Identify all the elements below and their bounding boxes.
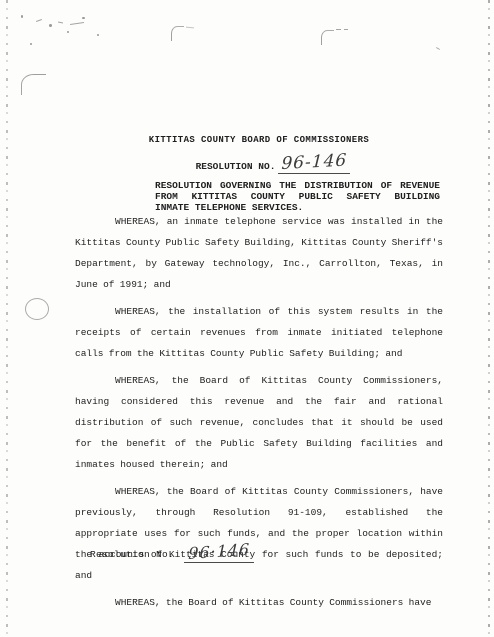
scan-artifact-speck: [21, 15, 23, 18]
whereas-paragraph: WHEREAS, the Board of Kittitas County Co…: [75, 592, 443, 613]
scan-artifact-speck: [67, 31, 69, 33]
scan-artifact-arc: [321, 30, 334, 45]
resolution-subject: RESOLUTION GOVERNING THE DISTRIBUTION OF…: [155, 180, 440, 213]
scan-artifact-speck: [336, 29, 341, 30]
scan-artifact-speck: [97, 34, 99, 36]
footer-resolution-handwritten-value: 96·146: [188, 542, 250, 562]
scan-artifact-speck: [30, 43, 32, 45]
whereas-paragraph: WHEREAS, an inmate telephone service was…: [75, 211, 443, 295]
scan-artifact-circle: [25, 298, 49, 320]
scan-artifact-speck: [70, 22, 84, 25]
footer-resolution-label: Resolution No.: [90, 549, 174, 563]
scan-artifact-speck: [49, 24, 52, 27]
scan-artifact-speck: [186, 27, 194, 29]
footer-resolution-underline: 96·146: [184, 546, 254, 563]
scan-artifact-speck: [58, 21, 63, 23]
scan-artifact-speck: [436, 47, 440, 50]
resolution-no-underline: 96-146: [278, 156, 350, 174]
whereas-paragraph: WHEREAS, the installation of this system…: [75, 301, 443, 364]
scanned-document-page: KITTITAS COUNTY BOARD OF COMMISSIONERS R…: [0, 0, 494, 637]
scan-artifact-arc: [171, 26, 184, 41]
whereas-paragraph: WHEREAS, the Board of Kittitas County Co…: [75, 370, 443, 475]
resolution-no-handwritten-value: 96-146: [281, 152, 348, 173]
scan-artifact-speck: [344, 29, 348, 30]
footer-resolution-line: Resolution No. 96·146: [90, 546, 254, 563]
scan-artifact-arc: [21, 74, 46, 95]
resolution-no-label: RESOLUTION NO.: [196, 161, 276, 174]
scan-edge-noise-right: [488, 0, 490, 637]
resolution-number-line: RESOLUTION NO. 96-146: [89, 150, 457, 174]
scan-artifact-speck: [36, 19, 42, 22]
whereas-paragraph: WHEREAS, the Board of Kittitas County Co…: [75, 481, 443, 586]
scan-edge-noise-left: [6, 0, 8, 637]
scan-artifact-speck: [82, 17, 85, 19]
board-title: KITTITAS COUNTY BOARD OF COMMISSIONERS: [75, 135, 443, 145]
